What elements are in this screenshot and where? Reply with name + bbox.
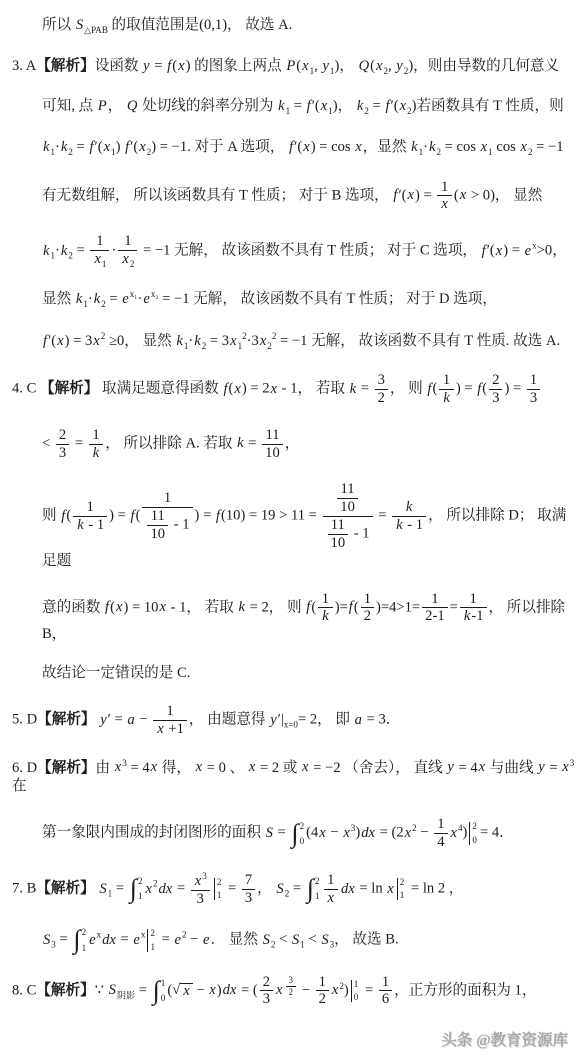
math-line-14: 6. D【解析】由 x3 = 4x 得， x = 0 、 x = 2 或 x =…: [12, 758, 576, 797]
fraction-numerator: 2: [489, 372, 502, 389]
integral-upper: 2: [138, 877, 143, 886]
superscript: 3: [351, 823, 356, 833]
math-var: x: [302, 139, 310, 155]
math-var: x: [93, 251, 101, 267]
subscript: 1: [328, 106, 333, 116]
math-line-6: 显然 k1·k2 = ex₁·ex₂ = −1 无解， 故该函数不具有 T 性质…: [42, 289, 576, 311]
fraction-denominator: 3: [56, 444, 69, 462]
fraction: 12: [361, 591, 374, 626]
fraction: x33: [191, 871, 210, 907]
math-var: x: [480, 139, 488, 155]
fraction-numerator: 2: [260, 974, 273, 991]
math-var: x: [270, 381, 278, 397]
subscript: 1: [50, 147, 55, 157]
math-var: f: [124, 139, 130, 155]
math-var: x: [478, 759, 486, 775]
fraction-numerator: 11: [337, 481, 358, 498]
sqrt: √x: [172, 983, 193, 999]
math-var: x: [354, 139, 362, 155]
integral-upper: 1: [161, 979, 166, 988]
math-line-0: 所以 S△PAB 的取值范围是(0,1)， 故选 A.: [42, 16, 576, 37]
math-var: S: [265, 825, 274, 841]
superscript: 4: [458, 823, 463, 833]
integral-lower: 1: [82, 944, 87, 953]
fraction: 32: [286, 975, 297, 997]
fraction: 1110: [337, 481, 358, 516]
math-var: e: [202, 932, 210, 948]
fraction-denominator: 3: [191, 890, 210, 908]
superscript: 2: [412, 823, 417, 833]
math-var: x: [158, 599, 166, 615]
fraction: 1110: [147, 508, 168, 543]
subscript: 1: [184, 341, 189, 351]
integral: ∫21: [307, 876, 320, 902]
integral-upper: 2: [300, 822, 305, 831]
superscript: x₁: [130, 289, 138, 299]
math-var: x: [404, 825, 412, 841]
fraction-denominator: k - 1: [73, 516, 107, 534]
math-var: x: [114, 759, 122, 775]
math-var: x: [519, 139, 527, 155]
fraction-numerator: 11: [147, 508, 168, 525]
math-var: x: [407, 187, 415, 203]
fraction-numerator: 1: [437, 179, 451, 196]
fraction-numerator: k: [392, 499, 426, 516]
fraction-numerator: 1: [460, 591, 487, 608]
math-var: x: [318, 825, 326, 841]
math-var: f: [60, 508, 66, 524]
math-var: x: [103, 139, 111, 155]
eval-upper: 2: [400, 878, 405, 887]
eval-upper: 2: [150, 929, 155, 938]
subscript: 1: [488, 147, 493, 157]
bold-label: 【解析】: [40, 381, 98, 397]
fraction-numerator: 1: [318, 591, 332, 608]
math-var: k: [395, 517, 403, 533]
math-var: e: [142, 291, 150, 307]
fraction-denominator: 3: [242, 889, 255, 907]
subscript: 1: [50, 250, 55, 260]
watermark: 头条 @教育资源库: [10, 1028, 576, 1050]
fraction: 1k-1: [460, 591, 487, 626]
subscript: 2: [68, 250, 73, 260]
math-var: f: [222, 381, 228, 397]
eval-bar: 21: [147, 929, 155, 952]
math-var: f: [104, 599, 110, 615]
math-var: x: [248, 759, 256, 775]
integral-bounds: 21: [137, 876, 143, 902]
math-var: x: [327, 890, 335, 906]
fraction-denominator: 4: [434, 833, 447, 851]
subscript: 1: [83, 299, 88, 309]
subscript: 2: [437, 147, 442, 157]
fraction-numerator: 1: [89, 427, 103, 444]
bold-label: 【解析】: [37, 712, 95, 728]
subscript: 2: [68, 147, 73, 157]
math-line-15: 第一象限内围成的封闭图形的面积 S = ∫20(4x − x3)dx = (2x…: [42, 816, 576, 851]
superscript: 2: [242, 331, 247, 341]
math-var: k: [463, 608, 471, 624]
integral-sign-icon: ∫: [153, 978, 160, 1004]
solution-lines: 所以 S△PAB 的取值范围是(0,1)， 故选 A.3. A【解析】设函数 y…: [10, 16, 576, 1008]
math-var: Q: [358, 58, 371, 74]
math-var: f: [476, 381, 482, 397]
fraction: 23: [56, 427, 69, 462]
math-var: f: [215, 508, 221, 524]
fraction-numerator: 3: [286, 975, 297, 985]
fraction: 1x1: [90, 233, 109, 269]
math-var: x: [275, 982, 283, 998]
fraction: 1k: [89, 427, 103, 462]
math-var: x: [177, 58, 185, 74]
fraction-numerator: 11: [262, 427, 283, 444]
superscript: x: [141, 930, 146, 940]
subscript: 2: [267, 341, 272, 351]
math-var: x: [150, 759, 158, 775]
subscript: 2: [130, 259, 135, 269]
subscript: 1: [330, 66, 335, 76]
subscript: 1: [310, 66, 315, 76]
fraction-numerator: 1: [73, 499, 107, 516]
fraction: 1110: [262, 427, 283, 462]
fraction: 12-1: [422, 591, 447, 626]
fraction-denominator: 10: [147, 525, 168, 543]
integral-sign-icon: ∫: [307, 876, 314, 902]
math-var: f: [288, 139, 294, 155]
math-var: x: [138, 139, 146, 155]
math-var: S: [320, 932, 329, 948]
fraction: 1k: [318, 591, 332, 626]
math-var: k: [193, 333, 201, 349]
integral: ∫10: [153, 978, 166, 1004]
bold-label: 【解析】: [36, 881, 94, 897]
subscript: 2: [147, 147, 152, 157]
subscript: 2: [271, 940, 276, 950]
math-var: x: [121, 251, 129, 267]
superscript: 3: [202, 871, 207, 881]
math-var: x: [301, 58, 309, 74]
fraction-numerator: 1: [118, 233, 137, 250]
eval-bar: 10: [351, 980, 359, 1003]
fraction-numerator: 1: [434, 816, 447, 833]
math-var: y: [395, 58, 403, 74]
math-var: f: [306, 98, 312, 114]
math-line-16: 7. B【解析】 S1 = ∫21x2dx = x3321 = 73， S2 =…: [12, 871, 576, 907]
math-line-10: 则 f(1k - 1) = f(11110 - 1) = f(10) = 19 …: [42, 481, 576, 570]
integral-bounds: 21: [81, 927, 87, 953]
subscript: 1: [286, 106, 291, 116]
math-var: e: [88, 932, 96, 948]
math-var: y: [269, 712, 277, 728]
fraction-denominator: 3: [260, 990, 273, 1008]
eval-upper: 2: [472, 822, 477, 831]
fraction-denominator: k: [318, 607, 332, 625]
fraction-numerator: 1110: [323, 481, 373, 516]
subscript: 2: [364, 106, 369, 116]
fraction-denominator: 6: [379, 990, 392, 1008]
fraction-denominator: 2: [375, 389, 388, 407]
fraction-denominator: x: [324, 889, 338, 907]
math-var: dx: [360, 825, 376, 841]
math-var: x: [115, 599, 123, 615]
subscript: 阴影: [117, 990, 135, 1000]
superscript: 3: [570, 758, 575, 768]
fraction-denominator: x: [437, 195, 451, 213]
math-var: e: [132, 932, 140, 948]
math-var: S: [108, 982, 117, 998]
math-var: a: [126, 712, 135, 728]
integral-lower: 0: [161, 994, 166, 1003]
math-line-18: 8. C【解析】∵ S阴影 = ∫10(√x − x)dx = (23x32 −…: [12, 974, 576, 1009]
fraction: 11101110 - 1: [323, 481, 373, 551]
math-var: y: [537, 759, 545, 775]
math-var: x: [450, 825, 458, 841]
math-var: e: [121, 291, 129, 307]
fraction-denominator: 10: [328, 534, 349, 552]
math-var: f: [384, 98, 390, 114]
fraction: 12: [316, 974, 329, 1009]
math-line-9: < 23 = 1k， 所以排除 A. 若取 k = 1110，: [42, 427, 576, 462]
fraction-denominator: 1110 - 1: [142, 507, 192, 543]
fraction-denominator: 10: [337, 498, 358, 516]
bold-label: 【解析】: [36, 982, 94, 998]
radical-icon: √: [172, 983, 180, 998]
integral-bounds: 20: [299, 821, 305, 847]
math-var: x: [233, 381, 241, 397]
integral-bounds: 21: [314, 876, 320, 902]
bold-label: 【解析】: [37, 759, 95, 775]
integral-upper: 2: [315, 877, 320, 886]
integral-sign-icon: ∫: [130, 876, 137, 902]
fraction: 32: [375, 372, 388, 407]
fraction-numerator: 7: [242, 872, 255, 889]
math-var: k: [175, 333, 183, 349]
superscript: 2: [101, 331, 106, 341]
math-line-7: f′(x) = 3x2 ≥0， 显然 k1·k2 = 3x12·3x22 = −…: [42, 331, 576, 353]
fraction: 1x: [324, 872, 338, 907]
fraction-numerator: 1: [90, 233, 109, 250]
math-var: y: [321, 58, 329, 74]
subscript: 2: [383, 66, 388, 76]
math-var: k: [76, 517, 84, 533]
subscript: 1: [300, 940, 305, 950]
subscript: 2: [202, 341, 207, 351]
math-var: S: [42, 932, 51, 948]
math-var: x: [459, 187, 467, 203]
math-line-4: 有无数组解， 所以该函数具有 T 性质； 对于 B 选项， f′(x) = 1x…: [42, 179, 576, 214]
subscript: 2: [404, 66, 409, 76]
math-line-12: 故结论一定错误的是 C.: [42, 664, 576, 683]
superscript: x₂: [151, 289, 159, 299]
math-var: f: [426, 381, 432, 397]
fraction: kk - 1: [392, 499, 426, 534]
math-var: S: [291, 932, 300, 948]
superscript: x: [532, 241, 537, 251]
fraction: 13: [527, 372, 540, 407]
math-line-2: 可知, 点 P， Q 处切线的斜率分别为 k1 = f′(x1)， k2 = f…: [42, 97, 576, 118]
math-var: dx: [340, 881, 356, 897]
math-var: k: [405, 499, 413, 515]
math-var: k: [277, 98, 285, 114]
math-var: f: [130, 508, 136, 524]
radicand: x: [180, 983, 192, 999]
fraction-numerator: 1: [439, 372, 453, 389]
fraction-denominator: 3: [489, 389, 502, 407]
math-var: y: [142, 58, 150, 74]
integral: ∫21: [73, 927, 86, 953]
math-var: x: [56, 333, 64, 349]
subscript: 1: [108, 888, 113, 898]
fraction-numerator: 1: [422, 591, 447, 608]
fraction-numerator: 1: [142, 490, 192, 507]
eval-upper: 1: [354, 980, 359, 989]
solution-document: 所以 S△PAB 的取值范围是(0,1)， 故选 A.3. A【解析】设函数 y…: [0, 0, 584, 1060]
subscript: 1: [102, 259, 107, 269]
fraction-numerator: 1: [324, 872, 338, 889]
math-var: x: [208, 982, 216, 998]
math-var: y: [99, 712, 107, 728]
math-var: S: [262, 932, 271, 948]
fraction-numerator: 2: [56, 427, 69, 444]
integral-upper: 2: [82, 928, 87, 937]
fraction-denominator: x2: [118, 250, 137, 269]
fraction-numerator: 1: [527, 372, 540, 389]
superscript: 2: [339, 980, 344, 990]
fraction-denominator: k: [89, 444, 103, 462]
math-var: k: [349, 381, 357, 397]
fraction: 1k - 1: [73, 499, 107, 534]
math-var: f: [481, 243, 487, 259]
math-var: k: [237, 599, 245, 615]
math-var: x: [495, 243, 503, 259]
integral: ∫21: [130, 876, 143, 902]
fraction-denominator: 3: [527, 389, 540, 407]
fraction-numerator: x3: [191, 871, 210, 890]
math-var: f: [166, 58, 172, 74]
subscript: 1: [419, 147, 424, 157]
fraction: 14: [434, 816, 447, 851]
math-line-11: 意的函数 f(x) = 10x - 1， 若取 k = 2， 则 f(1k)=f…: [42, 591, 576, 645]
integral-lower: 1: [138, 892, 143, 901]
fraction-denominator: 2-1: [422, 607, 447, 625]
eval-lower: 0: [354, 993, 359, 1002]
fraction-numerator: 1: [316, 974, 329, 991]
subscript: 3: [330, 940, 335, 950]
subscript: 1: [111, 147, 116, 157]
integral-bounds: 10: [160, 978, 166, 1004]
math-line-13: 5. D【解析】 y′ = a − 1x +1， 由题意得 y′|x=0= 2，…: [12, 703, 576, 738]
math-var: f: [348, 599, 354, 615]
subscript: 2: [407, 106, 412, 116]
math-var: dx: [157, 881, 173, 897]
math-var: x: [301, 759, 309, 775]
math-var: S: [98, 881, 107, 897]
eval-lower: 1: [150, 943, 155, 952]
math-var: dx: [222, 982, 238, 998]
eval-bar: 21: [214, 878, 222, 901]
fraction-numerator: 3: [375, 372, 388, 389]
fraction-numerator: 1: [153, 703, 187, 720]
math-var: x: [195, 759, 203, 775]
math-var: x: [386, 881, 394, 897]
fraction: 23: [260, 974, 273, 1009]
math-var: x: [440, 196, 448, 212]
math-var: P: [285, 58, 296, 74]
fraction: 1k: [439, 372, 453, 407]
fraction-numerator: 11: [328, 517, 349, 534]
fraction: 11110 - 1: [142, 490, 192, 542]
integral-sign-icon: ∫: [73, 927, 80, 953]
math-var: k: [93, 291, 101, 307]
fraction-numerator: 1: [361, 591, 374, 608]
math-var: k: [428, 139, 436, 155]
bold-label: 【解析】: [36, 58, 94, 74]
math-var: k: [442, 390, 450, 406]
fraction: 1x: [437, 179, 451, 214]
math-var: x: [182, 983, 190, 999]
math-var: x: [144, 881, 152, 897]
superscript: 2: [272, 331, 277, 341]
eval-lower: 0: [472, 836, 477, 845]
math-var: k: [410, 139, 418, 155]
fraction: 1x +1: [153, 703, 187, 738]
math-var: k: [321, 608, 329, 624]
eval-lower: 1: [400, 891, 405, 900]
math-var: P: [97, 98, 108, 114]
math-var: f: [42, 333, 48, 349]
fraction: 16: [379, 974, 392, 1009]
math-line-1: 3. A【解析】设函数 y = f(x) 的图象上两点 P(x1, y1)， Q…: [12, 57, 576, 78]
subscript: 3: [51, 940, 56, 950]
fraction-numerator: 1: [379, 974, 392, 991]
integral-sign-icon: ∫: [291, 821, 298, 847]
math-var: y: [446, 759, 454, 775]
fraction-denominator: 2: [361, 607, 374, 625]
math-var: x: [342, 825, 350, 841]
fraction-denominator: x1: [90, 250, 109, 269]
integral-lower: 0: [300, 837, 305, 846]
math-var: Q: [126, 98, 139, 114]
fraction-denominator: k-1: [460, 607, 487, 625]
fraction-denominator: x +1: [153, 720, 187, 738]
fraction-denominator: 1110 - 1: [323, 516, 373, 552]
integral-lower: 1: [315, 892, 320, 901]
math-var: x: [156, 721, 164, 737]
math-var: e: [524, 243, 532, 259]
math-var: a: [354, 712, 363, 728]
math-var: f: [305, 599, 311, 615]
subscript: 1: [238, 341, 243, 351]
math-var: k: [92, 445, 100, 461]
subscript: 2: [285, 888, 290, 898]
math-line-17: S3 = ∫21exdx = ex21 = e2 − e． 显然 S2 < S1…: [42, 927, 576, 953]
math-var: f: [392, 187, 398, 203]
math-var: f: [88, 139, 94, 155]
fraction-denominator: 2: [316, 990, 329, 1008]
subscript: x=0: [284, 720, 298, 730]
eval-upper: 2: [217, 878, 222, 887]
fraction: 1110: [328, 517, 349, 552]
integral: ∫20: [291, 821, 304, 847]
math-line-3: k1·k2 = f′(x1) f′(x2) = −1. 对于 A 选项， f′(…: [42, 138, 576, 159]
fraction: 73: [242, 872, 255, 907]
subscript: 2: [528, 147, 533, 157]
subscript: 2: [101, 299, 106, 309]
math-var: S: [75, 17, 84, 33]
fraction: 23: [489, 372, 502, 407]
math-var: dx: [101, 932, 117, 948]
eval-bar: 20: [469, 822, 477, 845]
